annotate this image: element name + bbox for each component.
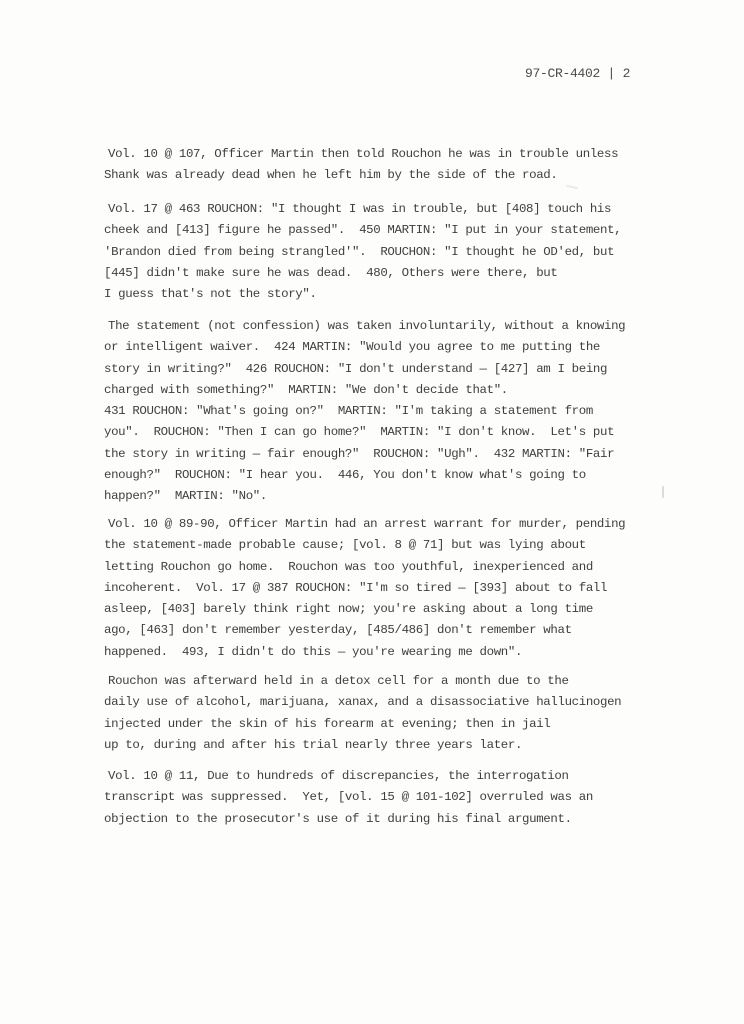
- text-line: daily use of alcohol, marijuana, xanax, …: [104, 692, 634, 713]
- text-line: charged with something?" MARTIN: "We don…: [104, 380, 634, 401]
- scan-speck: [662, 486, 664, 498]
- text-line: Vol. 17 @ 463 ROUCHON: "I thought I was …: [104, 199, 634, 220]
- text-line: Rouchon was afterward held in a detox ce…: [104, 671, 634, 692]
- text-line: cheek and [413] figure he passed". 450 M…: [104, 220, 634, 241]
- text-line: 'Brandon died from being strangled'". RO…: [104, 242, 634, 263]
- paragraph-vol10-107: Vol. 10 @ 107, Officer Martin then told …: [104, 144, 634, 187]
- text-line: ago, [463] don't remember yesterday, [48…: [104, 620, 634, 641]
- paragraph-vol10-11: Vol. 10 @ 11, Due to hundreds of discrep…: [104, 766, 634, 830]
- page-number: 2: [623, 66, 631, 81]
- text-line: the statement-made probable cause; [vol.…: [104, 535, 634, 556]
- text-line: Vol. 10 @ 89-90, Officer Martin had an a…: [104, 514, 634, 535]
- text-line: happened. 493, I didn't do this — you're…: [104, 642, 634, 663]
- text-line: Vol. 10 @ 11, Due to hundreds of discrep…: [104, 766, 634, 787]
- text-line: asleep, [403] barely think right now; yo…: [104, 599, 634, 620]
- header-separator: |: [608, 66, 616, 81]
- document-page: 97-CR-4402 | 2 Vol. 10 @ 107, Officer Ma…: [0, 0, 744, 1024]
- paragraph-vol10-89-90: Vol. 10 @ 89-90, Officer Martin had an a…: [104, 514, 634, 663]
- text-line: happen?" MARTIN: "No".: [104, 486, 634, 507]
- paragraph-involuntary-statement: The statement (not confession) was taken…: [104, 316, 634, 508]
- text-line: letting Rouchon go home. Rouchon was too…: [104, 557, 634, 578]
- text-line: 431 ROUCHON: "What's going on?" MARTIN: …: [104, 401, 634, 422]
- text-line: objection to the prosecutor's use of it …: [104, 809, 634, 830]
- text-line: Shank was already dead when he left him …: [104, 165, 634, 186]
- text-line: you". ROUCHON: "Then I can go home?" MAR…: [104, 422, 634, 443]
- text-line: [445] didn't make sure he was dead. 480,…: [104, 263, 634, 284]
- case-number: 97-CR-4402: [525, 66, 600, 81]
- paragraph-detox-cell: Rouchon was afterward held in a detox ce…: [104, 671, 634, 756]
- text-line: injected under the skin of his forearm a…: [104, 714, 634, 735]
- text-line: transcript was suppressed. Yet, [vol. 15…: [104, 787, 634, 808]
- text-line: up to, during and after his trial nearly…: [104, 735, 634, 756]
- text-line: story in writing?" 426 ROUCHON: "I don't…: [104, 359, 634, 380]
- text-line: Vol. 10 @ 107, Officer Martin then told …: [104, 144, 634, 165]
- text-line: incoherent. Vol. 17 @ 387 ROUCHON: "I'm …: [104, 578, 634, 599]
- text-line: the story in writing — fair enough?" ROU…: [104, 444, 634, 465]
- text-line: I guess that's not the story".: [104, 284, 634, 305]
- page-header: 97-CR-4402 | 2: [525, 66, 630, 81]
- text-line: The statement (not confession) was taken…: [104, 316, 634, 337]
- text-line: enough?" ROUCHON: "I hear you. 446, You …: [104, 465, 634, 486]
- text-line: or intelligent waiver. 424 MARTIN: "Woul…: [104, 337, 634, 358]
- paragraph-vol17-463: Vol. 17 @ 463 ROUCHON: "I thought I was …: [104, 199, 634, 305]
